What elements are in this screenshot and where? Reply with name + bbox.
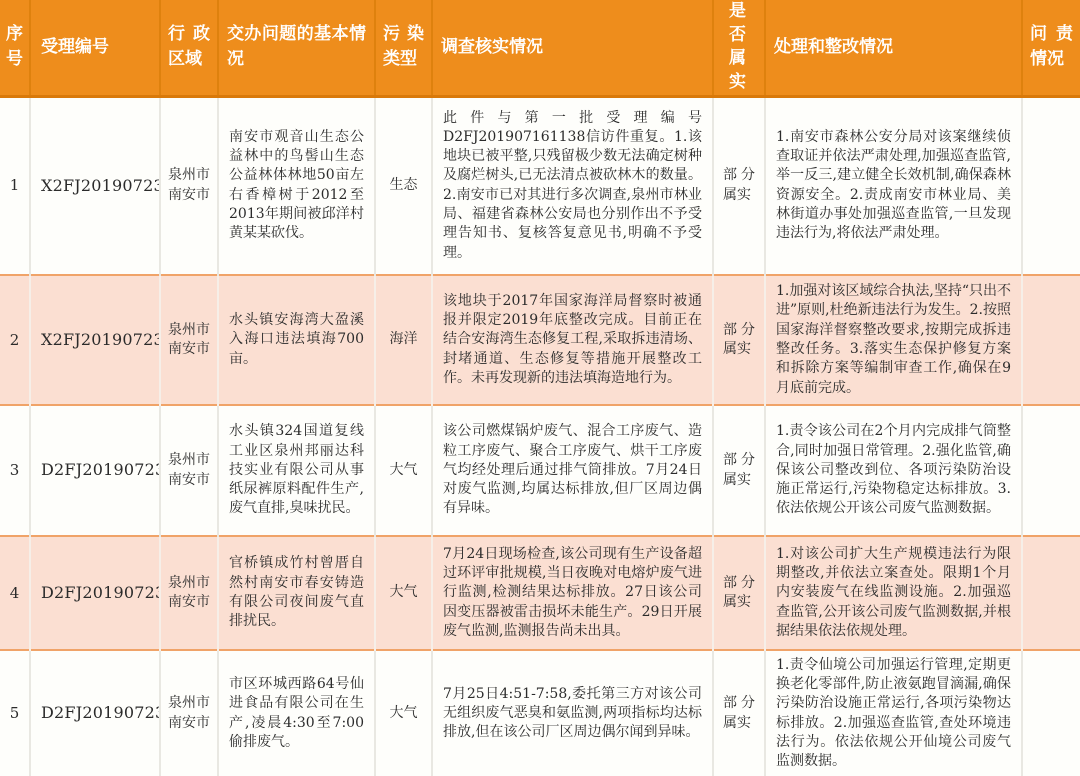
col-header-pollution-type: 污染类型: [375, 0, 432, 96]
cell-verified: 部分属实: [713, 96, 765, 275]
cell-accountability: [1022, 96, 1080, 275]
table-body: 1 X2FJ201907230064 泉州市南安市 南安市观音山生态公益林中的鸟…: [0, 96, 1080, 776]
col-header-handling: 处理和整改情况: [765, 0, 1022, 96]
cell-pollution-type: 海洋: [375, 275, 432, 405]
cell-handling: 1.责令仙境公司加强运行管理,定期更换老化零部件,防止液氨跑冒滴漏,确保污染防治…: [765, 650, 1022, 776]
cell-investigation: 该公司燃煤锅炉废气、混合工序废气、造粒工序废气、聚合工序废气、烘干工序废气均经处…: [432, 405, 713, 536]
header-row: 序号 受理编号 行政区域 交办问题的基本情况 污染类型 调查核实情况 是否属实 …: [0, 0, 1080, 96]
cell-verified: 部分属实: [713, 405, 765, 536]
cell-index: 4: [0, 536, 30, 650]
table-row: 1 X2FJ201907230064 泉州市南安市 南安市观音山生态公益林中的鸟…: [0, 96, 1080, 275]
cell-problem: 南安市观音山生态公益林中的鸟髻山生态公益林体林地50亩左右香樟树于2012至20…: [218, 96, 375, 275]
cell-case-no: D2FJ201907230040: [30, 405, 160, 536]
cell-problem: 官桥镇成竹村曾厝自然村南安市春安铸造有限公司夜间废气直排扰民。: [218, 536, 375, 650]
col-header-region: 行政区域: [160, 0, 218, 96]
cell-handling: 1.责令该公司在2个月内完成排气筒整合,同时加强日常管理。2.强化监管,确保该公…: [765, 405, 1022, 536]
cell-accountability: [1022, 275, 1080, 405]
cell-case-no: D2FJ201907230037: [30, 536, 160, 650]
cell-problem: 水头镇安海湾大盈溪入海口违法填海700亩。: [218, 275, 375, 405]
cell-accountability: [1022, 536, 1080, 650]
cell-pollution-type: 大气: [375, 405, 432, 536]
cell-region: 泉州市南安市: [160, 405, 218, 536]
table-row: 4 D2FJ201907230037 泉州市南安市 官桥镇成竹村曾厝自然村南安市…: [0, 536, 1080, 650]
col-header-problem: 交办问题的基本情况: [218, 0, 375, 96]
col-header-investigation: 调查核实情况: [432, 0, 713, 96]
cell-problem: 市区环城西路64号仙进食品有限公司在生产,凌晨4:30至7:00偷排废气。: [218, 650, 375, 776]
cell-verified: 部分属实: [713, 650, 765, 776]
col-header-index: 序号: [0, 0, 30, 96]
col-header-accountability: 问责情况: [1022, 0, 1080, 96]
cell-index: 5: [0, 650, 30, 776]
cell-index: 1: [0, 96, 30, 275]
cell-verified: 部分属实: [713, 275, 765, 405]
table-header: 序号 受理编号 行政区域 交办问题的基本情况 污染类型 调查核实情况 是否属实 …: [0, 0, 1080, 96]
cell-verified: 部分属实: [713, 536, 765, 650]
cell-region: 泉州市南安市: [160, 96, 218, 275]
cell-region: 泉州市南安市: [160, 650, 218, 776]
cell-handling: 1.对该公司扩大生产规模违法行为限期整改,并依法立案查处。限期1个月内安装废气在…: [765, 536, 1022, 650]
cell-handling: 1.加强对该区域综合执法,坚持“只出不进”原则,杜绝新违法行为发生。2.按照国家…: [765, 275, 1022, 405]
cell-case-no: D2FJ201907230003: [30, 650, 160, 776]
cell-investigation: 7月25日4:51-7:58,委托第三方对该公司无组织废气恶臭和氨监测,两项指标…: [432, 650, 713, 776]
cell-pollution-type: 生态: [375, 96, 432, 275]
complaint-table: 序号 受理编号 行政区域 交办问题的基本情况 污染类型 调查核实情况 是否属实 …: [0, 0, 1080, 776]
cell-case-no: X2FJ201907230064: [30, 96, 160, 275]
table-row: 5 D2FJ201907230003 泉州市南安市 市区环城西路64号仙进食品有…: [0, 650, 1080, 776]
cell-handling: 1.南安市森林公安分局对该案继续侦查取证并依法严肃处理,加强巡查监管,举一反三,…: [765, 96, 1022, 275]
col-header-verified: 是否属实: [713, 0, 765, 96]
cell-accountability: [1022, 405, 1080, 536]
col-header-case-number: 受理编号: [30, 0, 160, 96]
cell-pollution-type: 大气: [375, 536, 432, 650]
cell-pollution-type: 大气: [375, 650, 432, 776]
cell-case-no: X2FJ201907230059: [30, 275, 160, 405]
cell-problem: 水头镇324国道复线工业区泉州邦丽达科技实业有限公司从事纸尿裤原料配件生产,废气…: [218, 405, 375, 536]
cell-accountability: [1022, 650, 1080, 776]
cell-region: 泉州市南安市: [160, 536, 218, 650]
cell-region: 泉州市南安市: [160, 275, 218, 405]
table-row: 3 D2FJ201907230040 泉州市南安市 水头镇324国道复线工业区泉…: [0, 405, 1080, 536]
cell-investigation: 该地块于2017年国家海洋局督察时被通报并限定2019年底整改完成。目前正在结合…: [432, 275, 713, 405]
table-row: 2 X2FJ201907230059 泉州市南安市 水头镇安海湾大盈溪入海口违法…: [0, 275, 1080, 405]
cell-investigation: 此件与第一批受理编号D2FJ201907161138信访件重复。1.该地块已被平…: [432, 96, 713, 275]
cell-index: 2: [0, 275, 30, 405]
cell-investigation: 7月24日现场检查,该公司现有生产设备超过环评审批规模,当日夜晚对电熔炉废气进行…: [432, 536, 713, 650]
cell-index: 3: [0, 405, 30, 536]
